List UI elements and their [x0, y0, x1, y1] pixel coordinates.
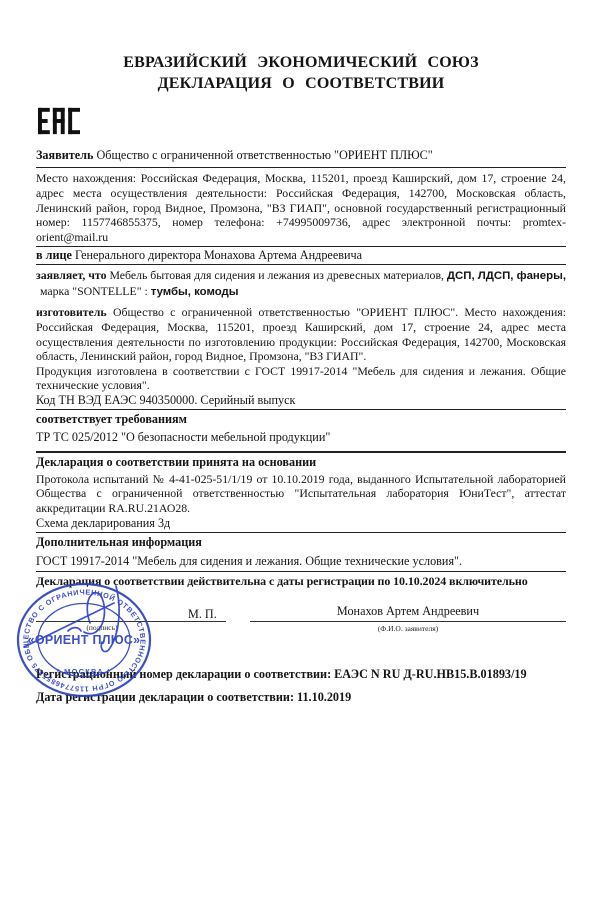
- signer-name-caption: (Ф.И.О. заявителя): [250, 624, 566, 633]
- requirements-heading: соответствует требованиям: [36, 412, 566, 427]
- eac-mark-svg: [38, 98, 80, 144]
- declaration-line1: заявляет, что Мебель бытовая для сидения…: [36, 268, 566, 285]
- divider: [36, 451, 566, 453]
- representative-label: в лице: [36, 248, 72, 262]
- document-page: ЕВРАЗИЙСКИЙ ЭКОНОМИЧЕСКИЙ СОЮЗ ДЕКЛАРАЦИ…: [0, 0, 600, 900]
- manufacturer-paragraph: изготовитель Общество с ограниченной отв…: [36, 305, 566, 364]
- registration-date-line: Дата регистрации декларации о соответств…: [36, 690, 566, 705]
- applicant-label: Заявитель: [36, 148, 93, 162]
- signature-block: (подпись) М. П. Монахов Артем Андреевич …: [36, 591, 566, 667]
- divider: [36, 167, 566, 168]
- representative-row: в лице Генерального директора Монахова А…: [36, 248, 566, 263]
- applicant-details: Место нахождения: Российская Федерация, …: [36, 171, 566, 245]
- divider: [36, 246, 566, 247]
- representative-value: Генерального директора Монахова Артема А…: [75, 248, 362, 262]
- manufacturer-gost-line: Продукция изготовлена в соответствии с Г…: [36, 364, 566, 392]
- company-stamp: ОБЩЕСТВО С ОГРАНИЧЕННОЙ ОТВЕТСТВЕННОСТЬЮ…: [10, 579, 162, 703]
- signature-caption: (подпись): [42, 623, 162, 632]
- manufacturer-label: изготовитель: [36, 305, 107, 319]
- divider: [36, 571, 566, 572]
- requirements-text: ТР ТС 025/2012 "О безопасности мебельной…: [36, 430, 566, 445]
- seal-place-label: М. П.: [188, 607, 217, 622]
- declaration-label: заявляет, что: [36, 268, 106, 282]
- signer-name-line: [250, 621, 566, 622]
- additional-info-text: ГОСТ 19917-2014 "Мебель для сидения и ле…: [36, 554, 566, 569]
- stamp-center-text: «ОРИЕНТ ПЛЮС»: [28, 633, 141, 647]
- product-description: Мебель бытовая для сидения и лежания из …: [109, 268, 444, 282]
- declaration-scheme: Схема декларирования 3д: [36, 516, 566, 531]
- basis-text: Протокола испытаний № 4-41-025-51/1/19 о…: [36, 472, 566, 516]
- document-content: ЕВРАЗИЙСКИЙ ЭКОНОМИЧЕСКИЙ СОЮЗ ДЕКЛАРАЦИ…: [36, 52, 566, 705]
- tnved-code-line: Код ТН ВЭД ЕАЭС 940350000. Серийный выпу…: [36, 393, 566, 408]
- divider: [36, 409, 566, 410]
- divider: [36, 532, 566, 533]
- product-materials: ДСП, ЛДСП, фанеры,: [447, 270, 566, 282]
- divider: [36, 264, 566, 265]
- signature-scribble: [24, 586, 119, 652]
- additional-info-heading: Дополнительная информация: [36, 535, 566, 550]
- document-title-line1: ЕВРАЗИЙСКИЙ ЭКОНОМИЧЕСКИЙ СОЮЗ: [36, 52, 566, 73]
- company-stamp-svg: ОБЩЕСТВО С ОГРАНИЧЕННОЙ ОТВЕТСТВЕННОСТЬЮ…: [10, 579, 162, 703]
- signer-name: Монахов Артем Андреевич: [250, 604, 566, 619]
- validity-statement: Декларация о соответствии действительна …: [36, 574, 566, 589]
- registration-number-line: Регистрационный номер декларации о соотв…: [36, 667, 566, 682]
- brand-items: тумбы, комоды: [151, 286, 239, 298]
- eac-mark-icon: [38, 98, 80, 144]
- basis-heading: Декларация о соответствии принята на осн…: [36, 455, 566, 470]
- manufacturer-text: Общество с ограниченной ответственностью…: [36, 305, 566, 363]
- applicant-value: Общество с ограниченной ответственностью…: [96, 148, 432, 162]
- brand-prefix: марка "SONTELLE" :: [40, 284, 148, 298]
- declaration-line2: марка "SONTELLE" : тумбы, комоды: [36, 284, 566, 301]
- declaration-subject: заявляет, что Мебель бытовая для сидения…: [36, 268, 566, 301]
- applicant-row: Заявитель Общество с ограниченной ответс…: [36, 148, 566, 163]
- document-title-line2: ДЕКЛАРАЦИЯ О СООТВЕТСТВИИ: [36, 73, 566, 94]
